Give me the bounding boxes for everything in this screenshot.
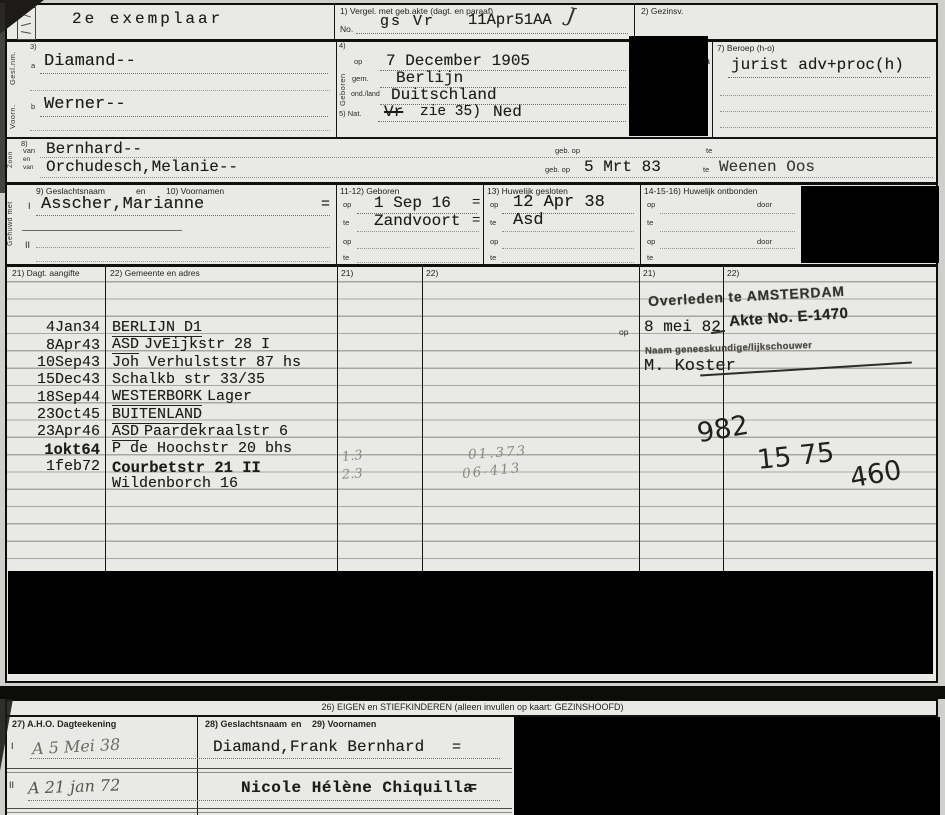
firstname-vertical-label: Voorn. bbox=[8, 98, 17, 136]
mother-birth-place: Weenen Oos bbox=[719, 158, 815, 176]
continuation-mark: = bbox=[472, 213, 480, 229]
married-op-label: op bbox=[490, 200, 498, 209]
married-place: Asd bbox=[513, 211, 544, 230]
margin-squiggle bbox=[21, 31, 31, 34]
divider bbox=[712, 39, 713, 137]
card-gap-band bbox=[0, 686, 945, 699]
married-vertical-label: Gehuwd met bbox=[7, 189, 14, 259]
divider bbox=[634, 3, 635, 39]
field1-no-label: No. bbox=[340, 24, 353, 34]
married-te2-label: te bbox=[490, 253, 496, 262]
move-date: 1feb72 bbox=[8, 458, 100, 475]
rule-line bbox=[30, 130, 330, 131]
margin-squiggle bbox=[21, 23, 31, 26]
divider bbox=[5, 182, 938, 185]
col29-header: 29) Voornamen bbox=[312, 719, 376, 729]
continuation-mark: = bbox=[468, 780, 477, 797]
mother-van-label: van bbox=[23, 164, 33, 171]
birth-date: 7 December 1905 bbox=[386, 52, 530, 70]
mother-name: Orchudesch,Melanie-- bbox=[46, 158, 238, 176]
marriage-row1-numeral: I bbox=[28, 201, 31, 211]
col-date-header: 21) Dagt. aangifte bbox=[12, 268, 80, 278]
spouse-born-te-label: te bbox=[343, 218, 349, 227]
firstname-value: Werner-- bbox=[44, 95, 126, 114]
divider bbox=[5, 137, 938, 139]
rule-line bbox=[7, 768, 512, 769]
divorce-header: 14-15-16) Huwelijk ontbonden bbox=[644, 186, 757, 196]
married-te-label: te bbox=[490, 218, 496, 227]
divider bbox=[5, 39, 938, 42]
rule-line bbox=[502, 248, 634, 249]
surname-value: Diamand-- bbox=[44, 52, 136, 71]
field3-number: 3) bbox=[30, 42, 37, 51]
rule-line bbox=[356, 33, 628, 34]
rule-line bbox=[40, 73, 328, 74]
rule-line bbox=[502, 231, 634, 232]
rule-line bbox=[660, 248, 795, 249]
rule-line bbox=[7, 808, 512, 809]
redaction-block bbox=[629, 36, 708, 136]
spouse-born-op-label: op bbox=[343, 200, 351, 209]
address-list: BERLIJN D1 4Jan34 ASDJvEijkstr 28 I 8Apr… bbox=[8, 285, 348, 465]
divorce-door2-label: door bbox=[757, 237, 772, 246]
spouse-name: Asscher,Marianne bbox=[41, 195, 204, 214]
col27-header: 27) A.H.O. Dagteekening bbox=[12, 719, 116, 729]
field4-number: 4) bbox=[339, 41, 346, 50]
divider bbox=[336, 39, 337, 137]
address-row: BERLIJN D1 bbox=[8, 285, 708, 302]
registration-card-scan: 2e exemplaar 1) Vergel. met geb.akte (da… bbox=[0, 0, 945, 815]
nat-value: Ned bbox=[493, 103, 522, 121]
surname-vertical-label: Gesl.nm. bbox=[8, 46, 17, 90]
continuation-mark: = bbox=[452, 739, 461, 756]
spouse-born-te2-label: te bbox=[343, 253, 349, 262]
rule-line bbox=[660, 213, 795, 214]
col21b-header: 21) bbox=[643, 268, 655, 278]
field2-label: 2) Gezinsv. bbox=[641, 6, 683, 16]
occupation-label: 7) Beroep (h-o) bbox=[717, 43, 775, 53]
field1-date: 11Apr51AA bbox=[468, 11, 552, 29]
child-registration-entry: A 21 jan 72 bbox=[28, 775, 121, 797]
rule-line bbox=[36, 215, 330, 216]
born-gem-label: gem. bbox=[352, 74, 369, 83]
field3a-letter: a bbox=[31, 61, 35, 70]
rule-line bbox=[357, 248, 479, 249]
redaction-block bbox=[8, 571, 933, 674]
children-section-header: 26) EIGEN en STIEFKINDEREN (alleen invul… bbox=[0, 702, 945, 712]
death-date: 8 mei 82 bbox=[644, 318, 721, 336]
address-row: 15Dec43 WESTERBORKLager bbox=[8, 354, 708, 371]
divorce-te2-label: te bbox=[647, 253, 653, 262]
nat-struck-value: Vr bbox=[384, 103, 403, 121]
rule-line bbox=[36, 247, 330, 248]
rule-line bbox=[728, 77, 930, 78]
deceased-op-label: op bbox=[619, 327, 628, 337]
col-address-header: 22) Gemeente en adres bbox=[110, 268, 200, 278]
scan-edge-artifact bbox=[0, 3, 5, 193]
mother-gebop-label: geb. op bbox=[545, 165, 570, 174]
col22-header: 22) bbox=[426, 268, 438, 278]
child-name: Nicole Hélène Chiquilla bbox=[241, 779, 473, 797]
col28-header: 28) Geslachtsnaam bbox=[205, 719, 287, 729]
address-value: Wildenborch 16 bbox=[112, 475, 238, 492]
nat-reference: zie 35) bbox=[420, 104, 481, 120]
col22b-header: 22) bbox=[727, 268, 739, 278]
address-row: 8Apr43 Joh Verhulststr 87 hs bbox=[8, 320, 708, 337]
born-op-label: op bbox=[354, 57, 362, 66]
address-row: 23Apr46 P de Hoochstr 20 bhs bbox=[8, 406, 708, 423]
father-gebop-label: geb. op bbox=[555, 146, 580, 155]
married-date: 12 Apr 38 bbox=[513, 193, 605, 212]
father-name: Bernhard-- bbox=[46, 140, 142, 158]
rule-line bbox=[357, 231, 479, 232]
spouse-birth-date: 1 Sep 16 bbox=[374, 194, 451, 212]
pencil-note: 1.3 bbox=[341, 448, 363, 465]
divorce-op-label: op bbox=[647, 200, 655, 209]
child-row-numeral: II bbox=[9, 780, 14, 790]
rule-line bbox=[720, 127, 932, 128]
divorce-op2-label: op bbox=[647, 237, 655, 246]
mother-en-label: en bbox=[23, 156, 30, 163]
divorce-door-label: door bbox=[757, 200, 772, 209]
nat-label: 5) Nat. bbox=[339, 109, 362, 118]
divider bbox=[483, 182, 484, 264]
occupation-value: jurist adv+proc(h) bbox=[731, 56, 904, 74]
divider bbox=[5, 264, 938, 267]
divorce-te-label: te bbox=[647, 218, 653, 227]
address-row: 18Sep44 BUITENLAND bbox=[8, 372, 708, 389]
divider bbox=[336, 182, 337, 264]
address-row: 10Sep43 Schalkb str 33/35 bbox=[8, 337, 708, 354]
father-te-label: te bbox=[706, 146, 712, 155]
address-row: 1okt64 Courbetstr 21 II bbox=[8, 423, 708, 440]
rule-line bbox=[36, 261, 330, 262]
address-row: 23Oct45 ASDPaardekraalstr 6 bbox=[8, 389, 708, 406]
rule-line bbox=[660, 231, 795, 232]
rule-line bbox=[30, 758, 500, 759]
birth-country: Duitschland bbox=[391, 86, 497, 104]
rule-line bbox=[357, 262, 479, 263]
rule-line bbox=[502, 262, 634, 263]
copy-label: 2e exemplaar bbox=[72, 10, 223, 28]
rule-line bbox=[30, 90, 330, 91]
spouse-birth-place: Zandvoort bbox=[374, 212, 460, 230]
father-van-label: van bbox=[23, 146, 35, 155]
marriage-row2-numeral: II bbox=[25, 240, 30, 250]
rule-line bbox=[28, 800, 500, 801]
pencil-note: 2.3 bbox=[342, 466, 364, 482]
divider bbox=[640, 182, 641, 264]
rule-line bbox=[40, 116, 328, 117]
col28-en-label: en bbox=[291, 719, 302, 729]
redaction-block bbox=[514, 717, 940, 815]
rule-line bbox=[40, 177, 933, 178]
rule-line bbox=[378, 121, 626, 122]
spouse-born-op2-label: op bbox=[343, 237, 351, 246]
mother-te-label: te bbox=[703, 165, 709, 174]
address-row: 4Jan34 ASDJvEijkstr 28 I bbox=[8, 302, 708, 319]
child-row-numeral: I bbox=[11, 741, 14, 751]
child-name: Diamand,Frank Bernhard bbox=[213, 738, 424, 756]
birth-city: Berlijn bbox=[396, 69, 463, 87]
born-land-label: ond./land bbox=[351, 91, 380, 98]
continuation-mark: = bbox=[472, 195, 480, 211]
divider bbox=[334, 3, 335, 39]
rule-line bbox=[22, 230, 182, 231]
mother-birth-date: 5 Mrt 83 bbox=[584, 158, 661, 176]
married-op2-label: op bbox=[490, 237, 498, 246]
field3b-letter: b bbox=[31, 102, 35, 111]
field1-value: gs Vr bbox=[380, 13, 435, 30]
continuation-mark: = bbox=[321, 196, 330, 213]
rule-line bbox=[720, 111, 932, 112]
rule-line bbox=[7, 812, 512, 813]
son-vertical-label: Zoon bbox=[7, 141, 14, 179]
redaction-block bbox=[801, 186, 939, 263]
col21-header: 21) bbox=[341, 268, 353, 278]
rule-line bbox=[720, 95, 932, 96]
rule-line bbox=[7, 772, 512, 773]
